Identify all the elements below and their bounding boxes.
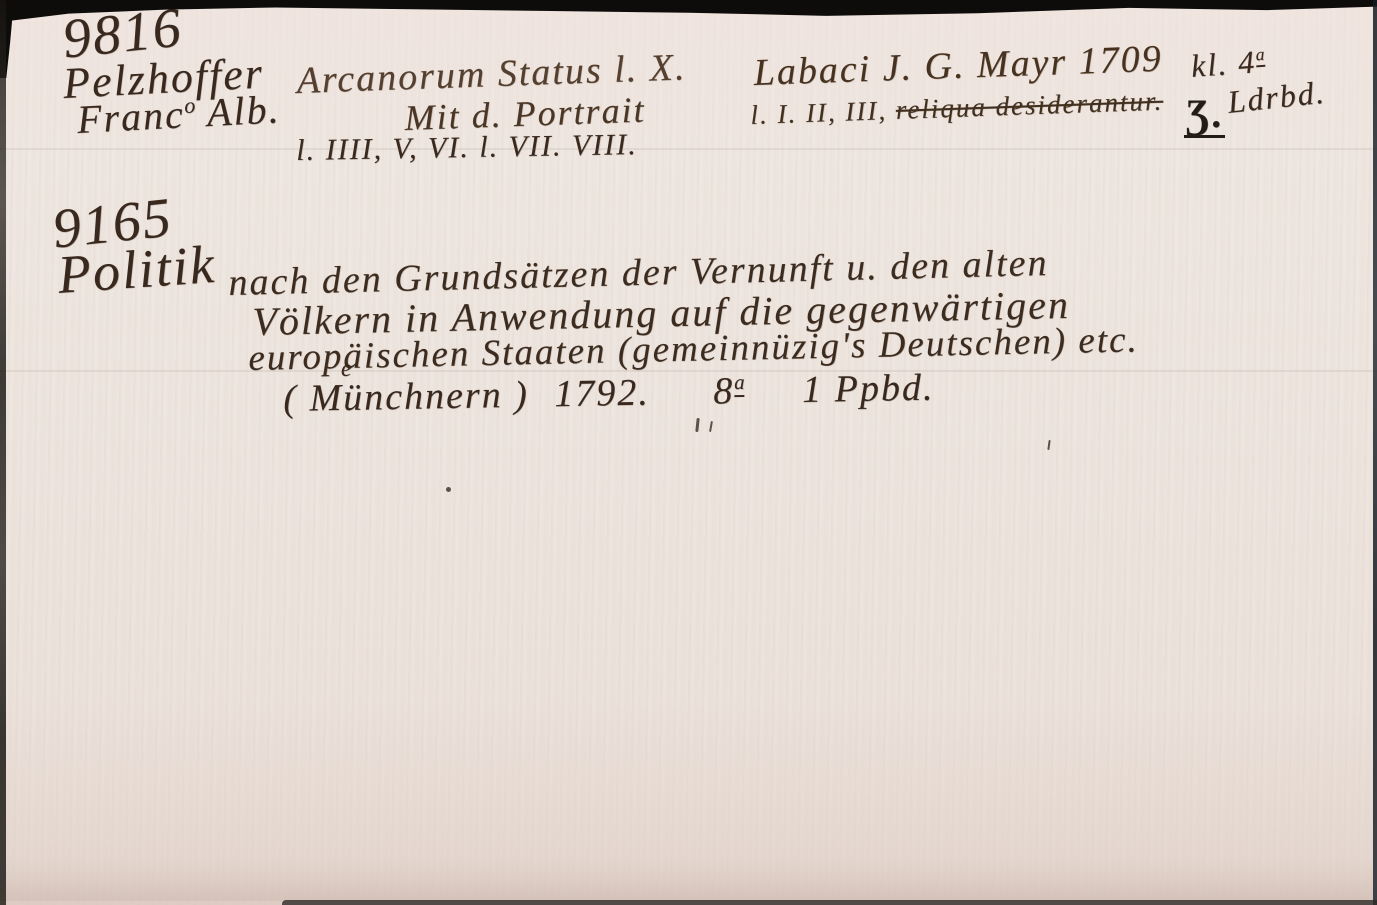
paper-fold-line	[0, 148, 1377, 150]
entry1-binding: Ldrbd.	[1226, 76, 1327, 118]
entry2-place-inserted-letter: e	[341, 357, 352, 381]
entry2-imprint-line: e ( Münchnern ) 1792. 8a 1 Ppbd.	[283, 369, 935, 418]
entry1-author-given: Franco Alb.	[76, 89, 281, 140]
paper-bottom-shading	[0, 857, 1377, 901]
ink-speck	[695, 418, 699, 432]
entry1-format: kl. 4a	[1190, 45, 1266, 82]
ink-speck	[446, 487, 451, 492]
entry2-binding: 1 Ppbd.	[802, 367, 935, 411]
entry2-format-sup: a	[734, 370, 745, 397]
entry1-imprint: Labaci J. G. Mayr 1709	[753, 40, 1163, 92]
entry1-holdings-struck: reliqua desiderantur.	[895, 86, 1163, 125]
entry1-holdings: l. I. II, III, reliqua desiderantur.	[750, 88, 1164, 129]
scan-edge-right	[1373, 0, 1377, 905]
entry1-volume-count-mark: Ʒ.	[1184, 94, 1225, 138]
entry2-format: 8a	[713, 370, 757, 413]
entry1-format-base: kl. 4	[1190, 43, 1257, 83]
scan-edge-left	[0, 0, 6, 905]
catalogue-page: 9816 Pelzhoffer Arcanorum Status l. X. L…	[0, 0, 1377, 905]
entry1-format-sup: a	[1255, 44, 1265, 68]
entry2-place: e ( Münchnern )	[283, 374, 541, 420]
ink-speck	[1047, 440, 1050, 450]
entry2-year: 1792.	[554, 372, 650, 416]
ink-speck	[709, 421, 713, 432]
entry2-headword: Politik	[56, 237, 217, 302]
scan-edge-bottom	[282, 900, 1377, 905]
scan-edge-top	[0, 0, 1377, 22]
paper-fold-line	[0, 370, 1377, 372]
